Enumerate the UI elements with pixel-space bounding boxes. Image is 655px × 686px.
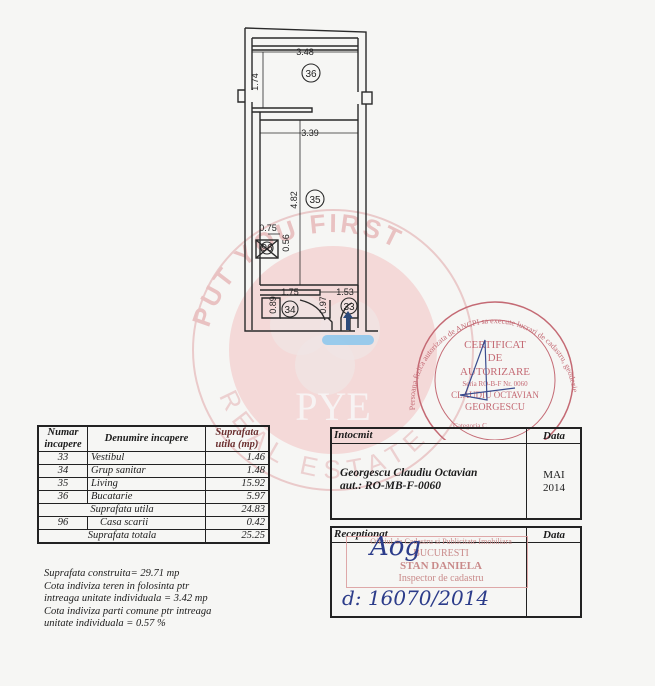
table-row: 36 Bucatarie 5.97 bbox=[38, 491, 269, 504]
date-month: MAI bbox=[528, 469, 580, 482]
total-area-label: Suprafata totala bbox=[38, 530, 206, 544]
date-header: Data bbox=[528, 430, 580, 442]
note-line: intreaga unitate individuala = 3.42 mp bbox=[44, 593, 211, 606]
room-name: Grup sanitar bbox=[88, 465, 206, 478]
room-area: 5.97 bbox=[206, 491, 270, 504]
author-authorization: aut.: RO-MB-F-0060 bbox=[340, 480, 477, 493]
svg-text:33: 33 bbox=[343, 302, 355, 313]
stair-number: 96 bbox=[38, 517, 88, 530]
svg-text:96: 96 bbox=[261, 243, 273, 254]
svg-text:1.75: 1.75 bbox=[281, 287, 299, 297]
room-name: Living bbox=[88, 478, 206, 491]
total-area-value: 25.25 bbox=[206, 530, 270, 544]
handwritten-signature: Aog bbox=[370, 532, 421, 562]
table-row: 33 Vestibul 1.46 bbox=[38, 452, 269, 465]
date-year: 2014 bbox=[528, 482, 580, 495]
note-line: Suprafata construita= 29.71 mp bbox=[44, 568, 211, 581]
author-block: Georgescu Claudiu Octavian aut.: RO-MB-F… bbox=[340, 467, 477, 493]
room-number: 33 bbox=[38, 452, 88, 465]
author-name: Georgescu Claudiu Octavian bbox=[340, 467, 477, 480]
svg-text:0.75: 0.75 bbox=[259, 223, 277, 233]
svg-text:CERTIFICAT: CERTIFICAT bbox=[464, 339, 526, 351]
svg-text:3.39: 3.39 bbox=[301, 128, 319, 138]
note-line: Cota indiviza teren in folosinta ptr bbox=[44, 581, 211, 594]
stair-area: 0.42 bbox=[206, 517, 270, 530]
stair-row: 96 Casa scarii 0.42 bbox=[38, 517, 269, 530]
svg-text:1.53: 1.53 bbox=[336, 287, 354, 297]
svg-text:DE: DE bbox=[488, 352, 503, 364]
room-area: 15.92 bbox=[206, 478, 270, 491]
svg-text:36: 36 bbox=[305, 69, 317, 80]
useful-area-row: Suprafata utila 24.83 bbox=[38, 504, 269, 517]
stamp-inspector-title: Inspector de cadastru bbox=[346, 573, 536, 585]
room-name: Vestibul bbox=[88, 452, 206, 465]
note-line: Cota indiviza parti comune ptr intreaga bbox=[44, 606, 211, 619]
stair-name: Casa scarii bbox=[88, 517, 206, 530]
svg-text:AUTORIZARE: AUTORIZARE bbox=[460, 366, 530, 378]
room-number: 35 bbox=[38, 478, 88, 491]
room-number: 36 bbox=[38, 491, 88, 504]
table-row: 35 Living 15.92 bbox=[38, 478, 269, 491]
svg-text:0.89: 0.89 bbox=[268, 296, 278, 314]
svg-text:GEORGESCU: GEORGESCU bbox=[465, 402, 526, 413]
col-header-area: Suprafata utila (mp) bbox=[206, 426, 270, 452]
useful-area-label: Suprafata utila bbox=[38, 504, 206, 517]
rooms-table: Numar incapere Denumire incapere Suprafa… bbox=[37, 425, 270, 544]
prepared-date: MAI 2014 bbox=[528, 469, 580, 495]
svg-text:Seria RO-B-F Nr. 0060: Seria RO-B-F Nr. 0060 bbox=[462, 380, 528, 388]
prepared-by-box: Intocmit Data Georgescu Claudiu Octavian… bbox=[330, 427, 582, 520]
room-name: Bucatarie bbox=[88, 491, 206, 504]
useful-area-value: 24.83 bbox=[206, 504, 270, 517]
svg-text:0.56: 0.56 bbox=[281, 234, 291, 252]
svg-text:34: 34 bbox=[284, 305, 296, 316]
col-header-number: Numar incapere bbox=[38, 426, 88, 452]
svg-text:0.97: 0.97 bbox=[318, 296, 328, 314]
svg-text:35: 35 bbox=[309, 195, 321, 206]
table-row: 34 Grup sanitar 1.48 bbox=[38, 465, 269, 478]
handwritten-registration-number: d: 16070/2014 bbox=[342, 586, 489, 610]
svg-text:1.74: 1.74 bbox=[250, 73, 260, 91]
col-header-name: Denumire incapere bbox=[88, 426, 206, 452]
note-line: unitate individuala = 0.57 % bbox=[44, 618, 211, 631]
room-area: 1.46 bbox=[206, 452, 270, 465]
area-notes: Suprafata construita= 29.71 mp Cota indi… bbox=[44, 568, 211, 631]
received-by-box: Receptionat Data Oficiul de Cadastru si … bbox=[330, 526, 582, 618]
room-number: 34 bbox=[38, 465, 88, 478]
certificate-stamp: Persoana fizica autorizata de ANCPI sa e… bbox=[395, 300, 595, 440]
total-area-row: Suprafata totala 25.25 bbox=[38, 530, 269, 544]
svg-text:4.82: 4.82 bbox=[289, 191, 299, 209]
rooms-table-header: Numar incapere Denumire incapere Suprafa… bbox=[38, 426, 269, 452]
svg-text:3.48: 3.48 bbox=[296, 47, 314, 57]
room-area: 1.48 bbox=[206, 465, 270, 478]
